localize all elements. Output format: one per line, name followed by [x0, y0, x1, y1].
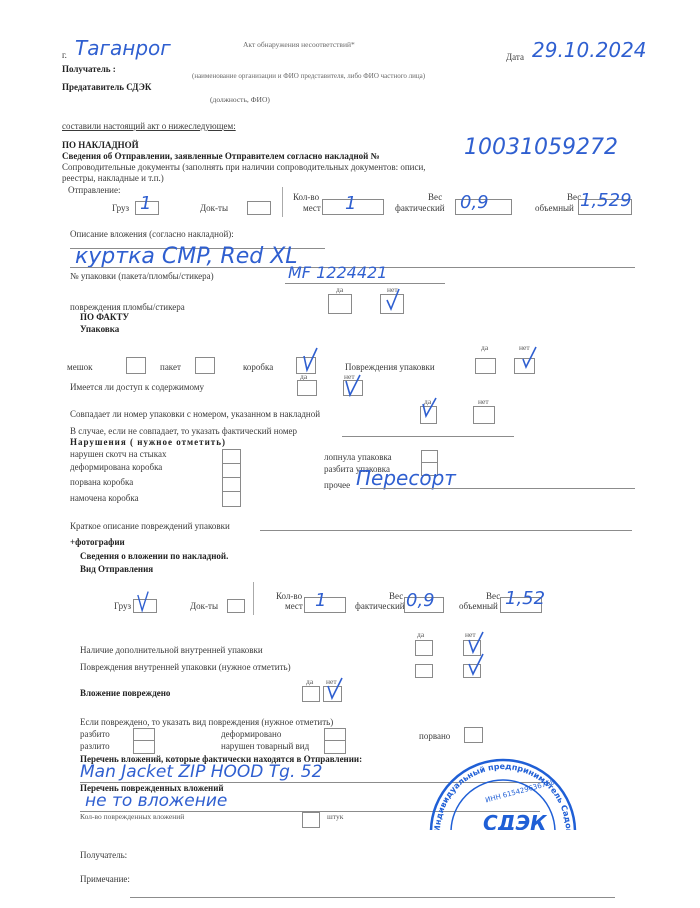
violation-item: порвана коробка: [70, 477, 133, 487]
checkmark-icon: [469, 654, 483, 676]
damaged-yes-label: да: [306, 677, 313, 686]
other-value[interactable]: Пересорт: [356, 466, 456, 490]
match-no-box[interactable]: [473, 406, 495, 424]
docs-note-line1: Сопроводительные документы (заполнять пр…: [62, 162, 426, 172]
damaged-count-unit: штук: [327, 812, 343, 821]
violation-item: нарушен скотч на стыках: [70, 449, 166, 459]
damaged-list-value[interactable]: не то вложение: [85, 791, 227, 811]
docs-note-line2: реестры, накладные и т.п.): [62, 173, 164, 183]
footer-note-label: Примечание:: [80, 874, 130, 884]
document-title: Акт обнаружения несоответствий*: [243, 40, 355, 49]
docs-box[interactable]: [247, 201, 271, 215]
damage-type-item: нарушен товарный вид: [221, 741, 309, 751]
access-yes-box[interactable]: [297, 380, 317, 396]
inner-pack-yes-label: да: [417, 630, 424, 639]
damage-type-item: деформировано: [221, 729, 281, 739]
docs-label: Док-ты: [190, 601, 218, 611]
package-no-underline: [285, 283, 445, 284]
actual-weight-label-1: Вес: [428, 192, 442, 202]
date-value[interactable]: 29.10.2024: [532, 38, 647, 62]
damage-type-box[interactable]: [324, 740, 346, 754]
damage-type-item: разлито: [80, 741, 110, 751]
divider: [282, 187, 283, 217]
waybill-heading: ПО НАКЛАДНОЙ: [62, 140, 139, 150]
inner-pack-yes-box[interactable]: [415, 640, 433, 656]
cargo-label: Груз: [114, 601, 131, 611]
checkmark-icon: [328, 678, 342, 700]
places-value: 1: [315, 590, 326, 611]
cargo-label: Груз: [112, 203, 129, 213]
volume-weight-label-2: объемный: [535, 203, 574, 213]
access-label: Имеется ли доступ к содержимому: [70, 382, 204, 392]
city-value[interactable]: Таганрог: [75, 36, 171, 60]
package-no-value[interactable]: MF 1224421: [288, 263, 387, 282]
mismatch-label: В случае, если не совпадает, то указать …: [70, 426, 297, 436]
shipment-type-heading: Вид Отправления: [80, 564, 153, 574]
places-label-2: мест: [303, 203, 321, 213]
recipient-label: Получатель :: [62, 64, 116, 74]
cargo-value: 1: [140, 193, 151, 214]
places-label-1: Кол-во: [293, 192, 319, 202]
divider: [253, 582, 254, 615]
other-label: прочее: [324, 480, 350, 490]
shipment-label: Отправление:: [68, 185, 121, 195]
checkmark-icon: [423, 398, 437, 420]
damage-type-item: порвано: [419, 731, 450, 741]
seal-damage-yes-box[interactable]: [328, 294, 352, 314]
bag-box[interactable]: [126, 357, 146, 374]
packet-box[interactable]: [195, 357, 215, 374]
pack-damage-yes-label: да: [481, 343, 488, 352]
composed-text: составили настоящий акт о нижеследующем:: [62, 121, 236, 131]
volume-weight-value: 1,529: [580, 190, 632, 211]
note-field[interactable]: [130, 897, 615, 898]
photos-label: +фотографии: [70, 537, 125, 547]
contents-label: Описание вложения (согласно накладной):: [70, 229, 234, 239]
representative-hint: (должность, ФИО): [210, 95, 270, 104]
declared-label: Сведения об Отправлении, заявленные Отпр…: [62, 151, 380, 161]
inner-damage-yes-box[interactable]: [415, 664, 433, 678]
actual-weight-label-2: фактический: [355, 601, 405, 611]
bag-label: мешок: [67, 362, 93, 372]
footer-recipient-label: Получатель:: [80, 850, 127, 860]
checkmark-icon: [522, 347, 536, 369]
places-label-2: мест: [285, 601, 303, 611]
other-underline: [360, 488, 635, 489]
actual-weight-label-2: фактический: [395, 203, 445, 213]
damaged-count-box[interactable]: [302, 812, 320, 828]
pack-damage-label: Повреждения упаковки: [345, 362, 435, 372]
damaged-yes-box[interactable]: [302, 686, 320, 702]
match-no-label: нет: [478, 397, 489, 406]
contents-value[interactable]: куртка CMP, Red XL: [75, 244, 298, 269]
actual-weight-value: 0,9: [460, 192, 489, 213]
damage-type-box[interactable]: [133, 740, 155, 754]
violation-box[interactable]: [222, 491, 241, 507]
violation-item: лопнула упаковка: [324, 452, 392, 462]
checkmark-icon: [303, 348, 317, 370]
violations-heading: Нарушения ( нужное отметить): [70, 437, 226, 447]
seal-yes-label: да: [336, 285, 343, 294]
volume-weight-value: 1,52: [505, 588, 545, 609]
damaged-label: Вложение повреждено: [80, 688, 170, 698]
short-desc-label: Краткое описание повреждений упаковки: [70, 521, 230, 531]
checkmark-icon: [469, 632, 483, 654]
actual-list-value[interactable]: Man Jacket ZIP HOOD Tg. 52: [80, 762, 322, 782]
volume-weight-label-2: объемный: [459, 601, 498, 611]
inner-damage-label: Повреждения внутренней упаковки (нужное …: [80, 662, 291, 672]
recipient-hint: (наименование организации и ФИО представ…: [192, 72, 425, 80]
packaging-heading: Упаковка: [80, 324, 119, 334]
waybill-number[interactable]: 10031059272: [464, 135, 618, 160]
actual-heading: ПО ФАКТУ: [80, 312, 129, 322]
mismatch-field[interactable]: [342, 436, 514, 437]
docs-label: Док-ты: [200, 203, 228, 213]
package-no-label: № упаковки (пакета/пломбы/стикера): [70, 271, 214, 281]
damage-type-item: разбито: [80, 729, 110, 739]
date-label: Дата: [506, 52, 524, 62]
box-label: коробка: [243, 362, 273, 372]
places-value: 1: [345, 193, 356, 214]
damage-type-label: Если повреждено, то указать вид поврежде…: [80, 717, 333, 727]
city-label: г.: [62, 50, 67, 60]
damage-type-box[interactable]: [464, 727, 483, 743]
checkmark-icon: [386, 288, 400, 310]
places-label-1: Кол-во: [276, 591, 302, 601]
violation-item: деформирована коробка: [70, 462, 162, 472]
violation-item: намочена коробка: [70, 493, 139, 503]
contents-heading: Сведения о вложении по накладной.: [80, 551, 228, 561]
actual-weight-label-1: Вес: [389, 591, 403, 601]
actual-weight-value: 0,9: [406, 590, 435, 611]
stamp-logo: СДЭК: [483, 811, 548, 830]
volume-weight-label-1: Вес: [486, 591, 500, 601]
short-desc-field[interactable]: [260, 530, 632, 531]
inner-pack-label: Наличие дополнительной внутренней упаков…: [80, 645, 263, 655]
checkmark-icon: [346, 375, 360, 397]
pack-damage-yes-box[interactable]: [475, 358, 496, 374]
docs-box[interactable]: [227, 599, 245, 613]
packet-label: пакет: [160, 362, 181, 372]
match-label: Совпадает ли номер упаковки с номером, у…: [70, 409, 320, 419]
cdek-stamp: Индивидуальный предприниматель Садовая М…: [428, 750, 578, 830]
seal-damage-label: повреждения пломбы/стикера: [70, 302, 185, 312]
damaged-count-label: Кол-во поврежденных вложений: [80, 812, 184, 821]
checkmark-icon: [137, 590, 149, 612]
representative-label: Предатавитель СДЭК: [62, 82, 151, 92]
